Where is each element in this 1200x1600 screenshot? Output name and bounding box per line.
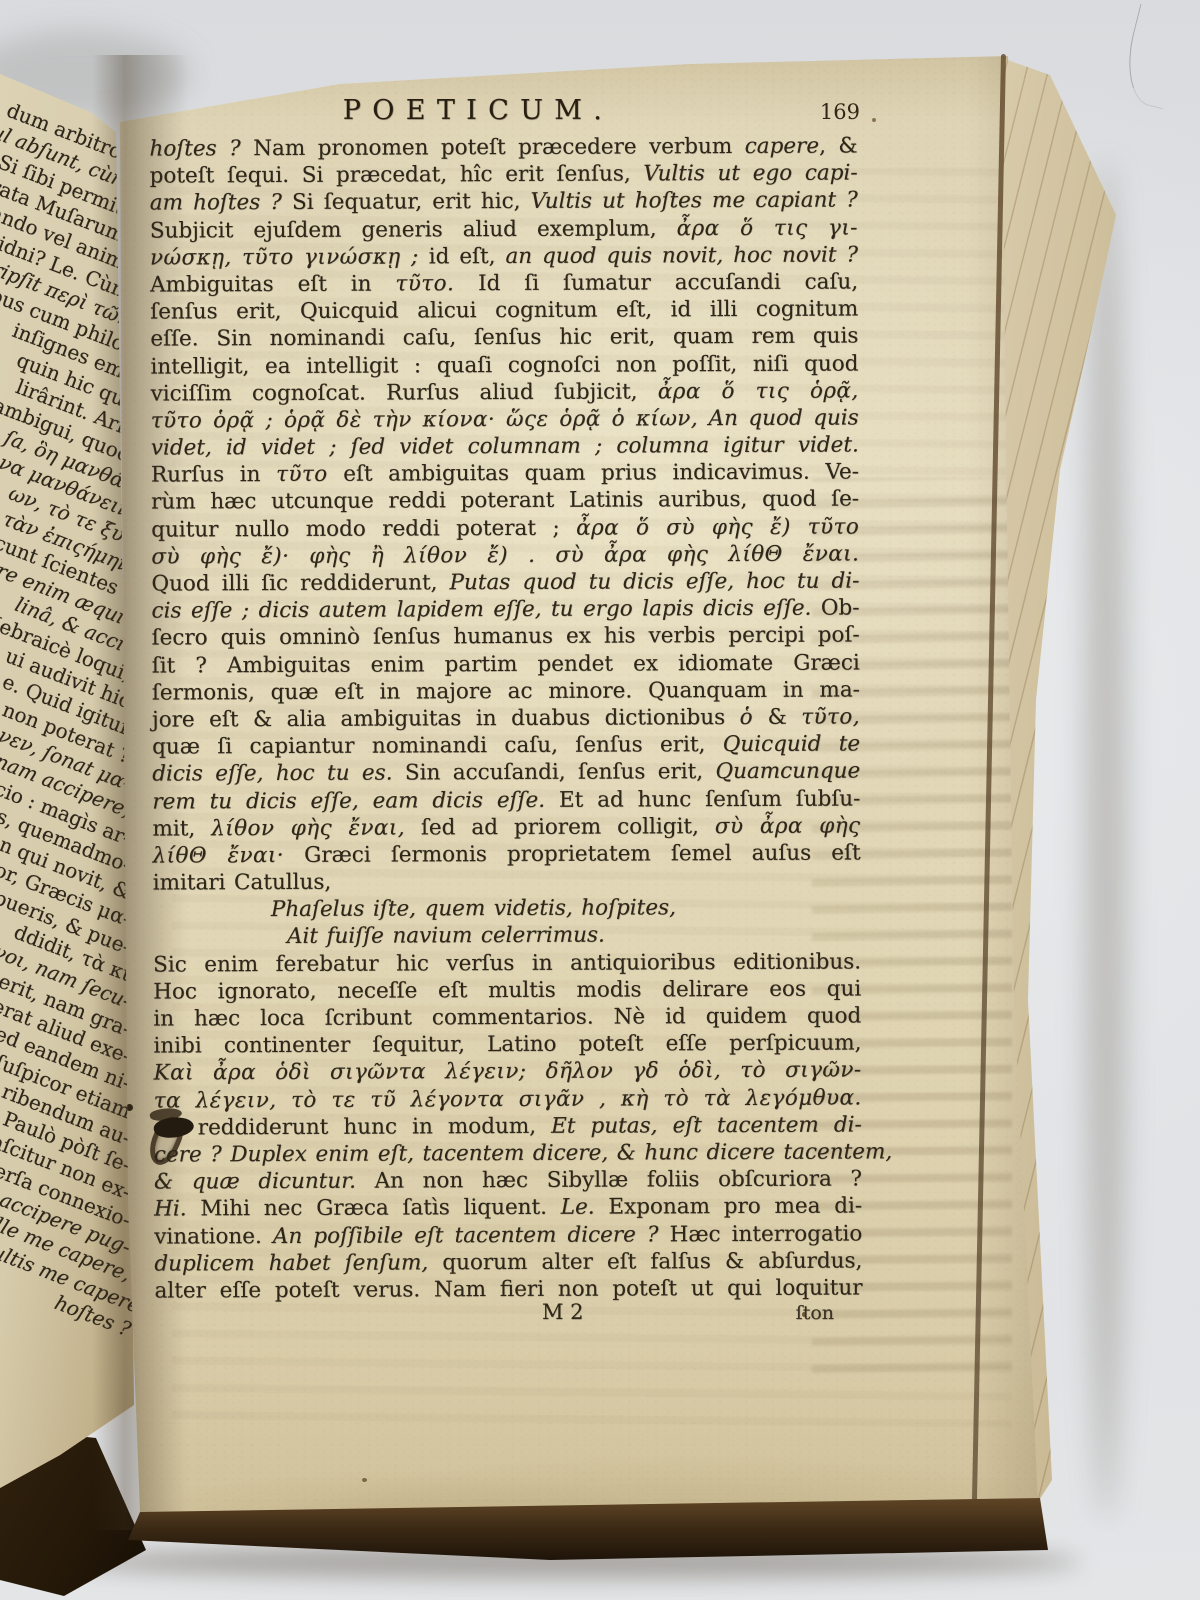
verse-line: Ait fuiſſe navium celerrimus. — [153, 921, 861, 951]
text-line: τα λέγειν, τὸ τε τῦ λέγοντα σιγᾶν , κὴ τ… — [154, 1084, 862, 1114]
stray-hair — [1117, 4, 1186, 109]
catchword: ſton — [796, 1302, 834, 1324]
text-line: quitur nullo modo reddi poterat ; ἆρα ὅ … — [151, 513, 859, 543]
page-footer: M 2 ſton — [152, 1300, 860, 1330]
text-line: mit, λίθον φὴς ἔναι, ſed ad priorem coll… — [152, 812, 860, 842]
text-line: am hoſtes ? Si ſequatur, erit hic, Vulti… — [150, 187, 858, 217]
text-line: cere ? Duplex enim eſt, tacentem dicere,… — [154, 1138, 862, 1168]
text-line: ſermonis, quæ eſt in majore ac minore. Q… — [152, 676, 860, 706]
signature-mark: M 2 — [542, 1300, 584, 1324]
text-line: Quod illi ſic reddiderunt, Putas quod tu… — [151, 567, 859, 597]
text-line: ſit ? Ambiguitas enim partim pendet ex i… — [152, 649, 860, 679]
text-line: poteſt ſequi. Si præcedat, hîc erit ſenſ… — [150, 160, 858, 190]
text-line: videt, id videt ; ſed videt columnam ; c… — [151, 432, 859, 462]
text-line: quæ ſi capiantur nominandi caſu, ſenſus … — [152, 731, 860, 761]
page-title: POETICUM. — [124, 95, 832, 126]
text-line: duplicem habet ſenſum, quorum alter eſt … — [154, 1247, 862, 1277]
text-line: inibi continenter ſequitur, Latino poteſ… — [153, 1030, 861, 1060]
text-line: eſſe. Sin nominandi caſu, ſenſus hic eri… — [150, 323, 858, 353]
text-line: viciſſim cognoſcat. Rurſus aliud ſubjici… — [151, 377, 859, 407]
text-line: jore eſt & alia ambiguitas in duabus dic… — [152, 703, 860, 733]
text-line: ſecro quis omninò ſenſus humanus ex his … — [152, 622, 860, 652]
text-line: & quæ dicuntur. An non hæc Sibyllæ folii… — [154, 1166, 862, 1196]
text-line: Καὶ ἆρα ὁδὶ σιγῶντα λέγειν; δῆλον γδ ὁδὶ… — [153, 1057, 861, 1087]
ink-blot — [153, 1114, 195, 1140]
text-line: hoſtes ? Nam pronomen poteſt præcedere v… — [149, 132, 857, 162]
paper-speck — [872, 118, 876, 122]
text-line: reddiderunt hunc in modum, Et putas, eſt… — [154, 1111, 862, 1141]
text-line: cis eſſe ; dicis autem lapidem eſſe, tu … — [151, 595, 859, 625]
photo-backdrop: dum arbitrorul abſunt, cùmSi ſibi permit… — [0, 0, 1200, 1600]
text-line: Rurſus in τῦτο eſt ambiguitas quam prius… — [151, 459, 859, 489]
text-line: Subjicit ejuſdem generis aliud exemplum,… — [150, 214, 858, 244]
text-line: rem tu dicis eſſe, eam dicis eſſe. Et ad… — [152, 785, 860, 815]
text-line: in hæc loca ſcribunt commentarios. Nè id… — [153, 1002, 861, 1032]
text-line: rùm hæc utcunque reddi poterant Latinis … — [151, 486, 859, 516]
text-block: hoſtes ? Nam pronomen poteſt præcedere v… — [149, 132, 862, 1304]
page-number: 169 — [820, 100, 860, 124]
page-header: POETICUM. 169 — [152, 95, 860, 131]
text-line: Hi. Mihi nec Græca ſatìs liquent. Le. Ex… — [154, 1193, 862, 1223]
text-line: νώσκῃ, τῦτο γινώσκῃ ; id eſt, an quod qu… — [150, 241, 858, 271]
text-line: σὺ φὴς ἔ)· φὴς ἢ λίθον ἔ) . σὺ ἆρα φὴς λ… — [151, 540, 859, 570]
text-line: imitari Catullus, — [153, 867, 861, 897]
text-line: intelligit, ea intelligit : quaſi cognoſ… — [150, 350, 858, 380]
text-line: Hoc ignorato, neceſſe eſt multis modis d… — [153, 975, 861, 1005]
text-line: λίθΘ ἔναι· Græci ſermonis proprietatem ſ… — [153, 839, 861, 869]
verse-line: Phaſelus iſte, quem videtis, hoſpites, — [153, 894, 861, 924]
text-line: dicis eſſe, hoc tu es. Sin accuſandi, ſe… — [152, 758, 860, 788]
backdrop-shadow — [1085, 160, 1127, 1520]
text-line: Ambiguitas eſt in τῦτο. Id ſi ſumatur ac… — [150, 268, 858, 298]
text-line: τῦτο ὁρᾷ ; ὁρᾷ δὲ τὴν κίονα· ὥςε ὁρᾷ ὁ κ… — [151, 404, 859, 434]
text-line: vinatione. An poſſibile eſt tacentem dic… — [154, 1220, 862, 1250]
paper-speck — [362, 1478, 367, 1482]
text-line: Sic enim ferebatur hic verſus in antiqui… — [153, 948, 861, 978]
text-line: ſenſus erit, Quicquid alicui cognitum eſ… — [150, 296, 858, 326]
